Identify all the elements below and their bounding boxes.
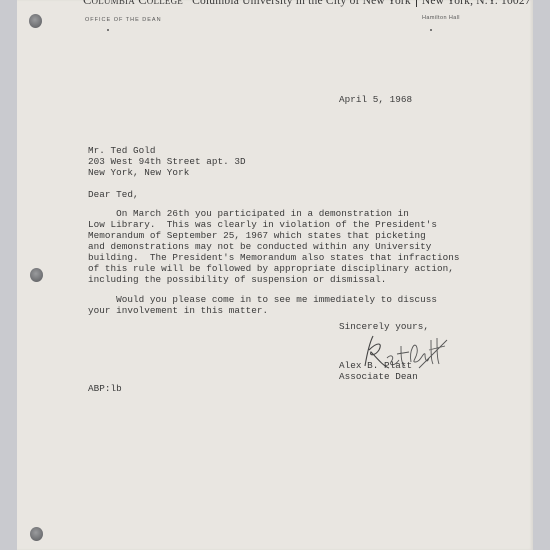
reference-initials: ABP:lb xyxy=(88,384,122,395)
punch-hole-middle xyxy=(30,268,43,282)
body-line: your involvement in this matter. xyxy=(88,306,268,317)
building-label: Hamilton Hall xyxy=(422,15,460,21)
salutation: Dear Ted, xyxy=(88,190,139,201)
letterhead-city: New York, N.Y. 10027 xyxy=(422,0,531,7)
punch-hole-bottom xyxy=(30,527,43,541)
letter-page: Columbia College Columbia University in … xyxy=(17,0,533,550)
recipient-city: New York, New York xyxy=(88,168,189,179)
university-name: Columbia University in the City of New Y… xyxy=(192,0,411,7)
fold-mark-left xyxy=(107,29,109,31)
office-label: OFFICE OF THE DEAN xyxy=(85,17,162,23)
letterhead-divider xyxy=(416,0,417,7)
signer-title: Associate Dean xyxy=(339,372,418,383)
college-name: Columbia College xyxy=(83,0,183,7)
punch-hole-top xyxy=(29,14,42,28)
fold-mark-right xyxy=(430,29,432,31)
letterhead: Columbia College Columbia University in … xyxy=(83,0,531,8)
body-line: including the possibility of suspension … xyxy=(88,275,386,286)
letter-date: April 5, 1968 xyxy=(339,95,412,106)
